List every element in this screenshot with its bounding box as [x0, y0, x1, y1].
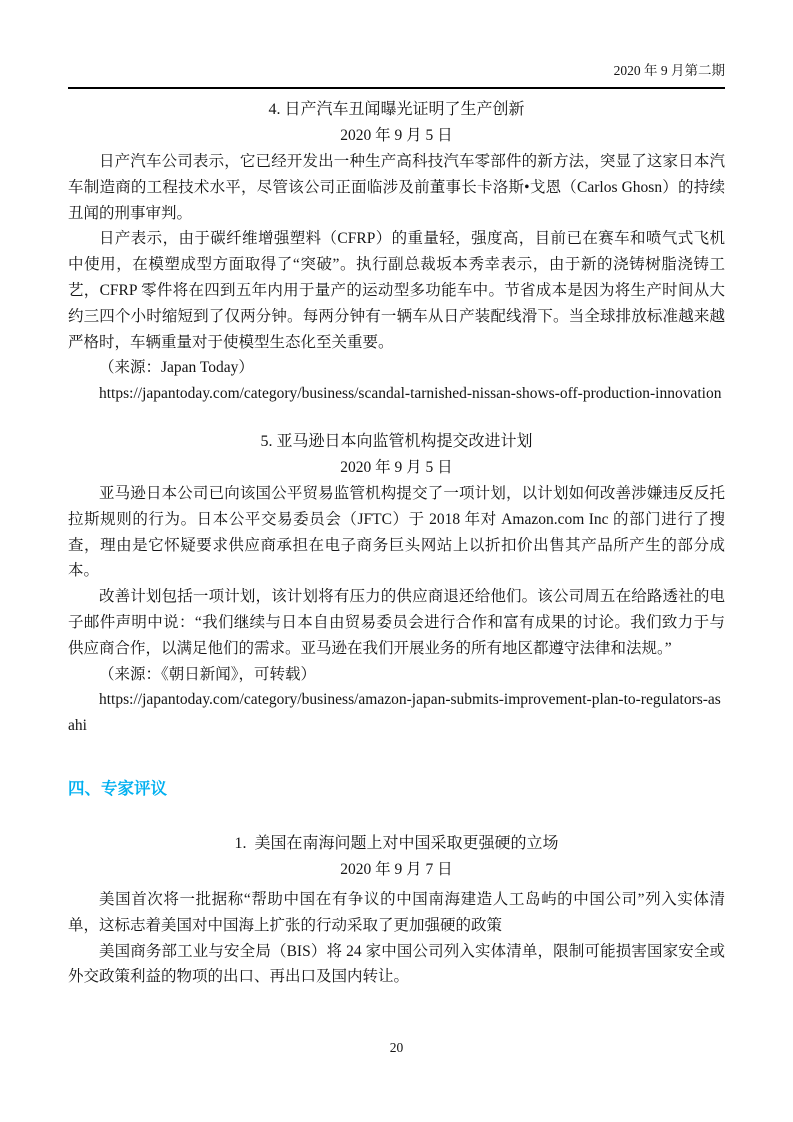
article-date: 2020 年 9 月 5 日 [68, 123, 725, 149]
source-line: （来源：《朝日新闻》，可转载） [68, 662, 725, 688]
article-title: 5. 亚马逊日本向监管机构提交改进计划 [68, 429, 725, 455]
page-number: 20 [0, 1040, 793, 1056]
page-header: 2020 年 9 月第二期 [68, 62, 725, 87]
header-divider [68, 87, 725, 89]
article-url[interactable]: https://japantoday.com/category/business… [68, 381, 725, 407]
article-title: 4. 日产汽车丑闻曝光证明了生产创新 [68, 97, 725, 123]
article-amazon: 5. 亚马逊日本向监管机构提交改进计划 2020 年 9 月 5 日 亚马逊日本… [68, 429, 725, 739]
article-url[interactable]: https://japantoday.com/category/business… [68, 687, 725, 739]
article-date: 2020 年 9 月 7 日 [68, 857, 725, 883]
document-page: 2020 年 9 月第二期 4. 日产汽车丑闻曝光证明了生产创新 2020 年 … [0, 0, 793, 1122]
article-paragraph: 日产表示，由于碳纤维增强塑料（CFRP）的重量轻，强度高，目前已在赛车和喷气式飞… [68, 226, 725, 355]
article-title: 1. 美国在南海问题上对中国采取更强硬的立场 [68, 831, 725, 857]
article-south-china-sea: 1. 美国在南海问题上对中国采取更强硬的立场 2020 年 9 月 7 日 美国… [68, 831, 725, 990]
article-paragraph: 亚马逊日本公司已向该国公平贸易监管机构提交了一项计划，以计划如何改善涉嫌违反反托… [68, 481, 725, 584]
source-line: （来源：Japan Today） [68, 355, 725, 381]
article-paragraph: 改善计划包括一项计划，该计划将有压力的供应商退还给他们。该公司周五在给路透社的电… [68, 584, 725, 661]
article-paragraph: 美国商务部工业与安全局（BIS）将 24 家中国公司列入实体清单，限制可能损害国… [68, 939, 725, 991]
section-heading-expert-commentary: 四、专家评议 [68, 777, 725, 801]
article-paragraph: 日产汽车公司表示，它已经开发出一种生产高科技汽车零部件的新方法，突显了这家日本汽… [68, 149, 725, 226]
issue-label: 2020 年 9 月第二期 [614, 63, 725, 78]
article-paragraph: 美国首次将一批据称“帮助中国在有争议的中国南海建造人工岛屿的中国公司”列入实体清… [68, 887, 725, 939]
article-date: 2020 年 9 月 5 日 [68, 455, 725, 481]
article-nissan: 4. 日产汽车丑闻曝光证明了生产创新 2020 年 9 月 5 日 日产汽车公司… [68, 97, 725, 407]
